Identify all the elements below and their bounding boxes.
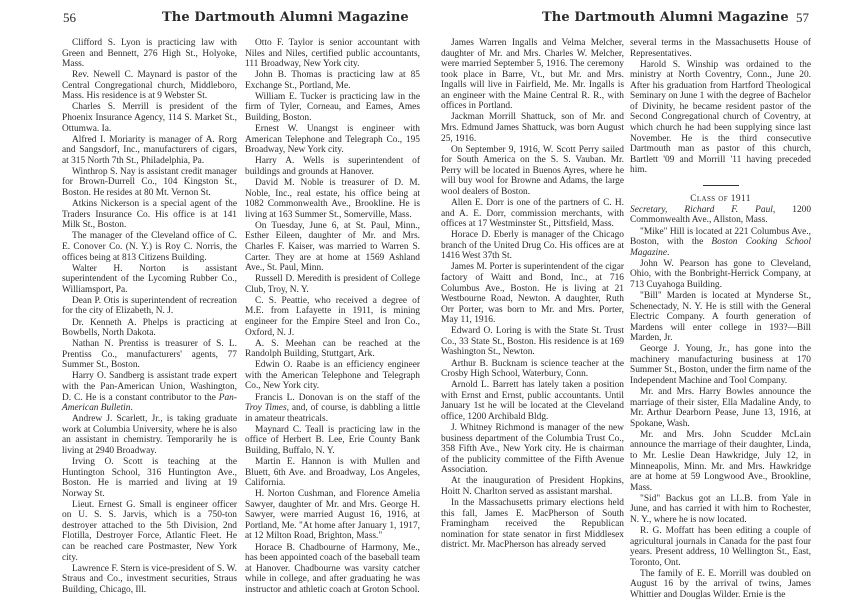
paragraph: On Tuesday, June 6, at St. Paul, Minn., … xyxy=(245,221,420,274)
paragraph: R. G. Moffatt has been editing a couple … xyxy=(630,526,811,568)
page-number: 56 xyxy=(63,10,76,26)
publication-title: Troy Times xyxy=(245,403,287,413)
text: . xyxy=(130,403,132,413)
class-secretary: Secretary, Richard F. Paul, 1200 Commonw… xyxy=(630,205,811,226)
paragraph: Dr. Kenneth A. Phelps is practicing at B… xyxy=(62,318,237,339)
paragraph: H. Norton Cushman, and Florence Amelia S… xyxy=(245,489,420,542)
paragraph: Edwin O. Raabe is an efficiency engineer… xyxy=(245,360,420,392)
paragraph: Winthrop S. Nay is assistant credit mana… xyxy=(62,167,237,199)
paragraph: William E. Tucker is practicing law in t… xyxy=(245,92,420,124)
paragraph: Jackman Morrill Shattuck, son of Mr. and… xyxy=(441,112,624,144)
section-heading: Class of 1911 xyxy=(630,194,811,205)
paragraph: Rev. Newell C. Maynard is pastor of the … xyxy=(62,70,237,102)
paragraph: "Mike" Hill is located at 221 Columbus A… xyxy=(630,227,811,259)
left-column-2: Otto F. Taylor is senior accountant with… xyxy=(245,38,420,596)
secretary-label: Secretary, Richard F. Paul, xyxy=(630,205,775,215)
page-number: 57 xyxy=(796,10,809,26)
paragraph: Arnold L. Barrett has lately taken a pos… xyxy=(441,380,624,422)
right-column-2: several terms in the Massachusetts House… xyxy=(630,38,811,600)
page-57: The Dartmouth Alumni Magazine 57 James W… xyxy=(426,0,852,600)
paragraph: Harold S. Winship was ordained to the mi… xyxy=(630,60,811,176)
paragraph: Mr. and Mrs. Harry Bowles announce the m… xyxy=(630,387,811,429)
paragraph: Alfred I. Moriarity is manager of A. Ror… xyxy=(62,135,237,167)
paragraph: John B. Thomas is practicing law at 85 E… xyxy=(245,70,420,91)
paragraph: James Warren Ingalls and Velma Melcher, … xyxy=(441,38,624,112)
page-56: 56 The Dartmouth Alumni Magazine Cliffor… xyxy=(0,0,426,600)
paragraph: Atkins Nickerson is a special agent of t… xyxy=(62,199,237,231)
paragraph: C. S. Peattie, who received a degree of … xyxy=(245,296,420,338)
paragraph: A. S. Meehan can be reached at the Rando… xyxy=(245,339,420,360)
paragraph: On September 9, 1916, W. Scott Perry sai… xyxy=(441,145,624,198)
section-divider xyxy=(703,185,739,186)
paragraph: Ernest W. Unangst is engineer with Ameri… xyxy=(245,124,420,156)
paragraph: Horace B. Chadbourne of Harmony, Me., ha… xyxy=(245,543,420,596)
paragraph: Dean P. Otis is superintendent of recrea… xyxy=(62,296,237,317)
paragraph: Mr. and Mrs. John Scudder McLain announc… xyxy=(630,430,811,493)
paragraph: Lieut. Ernest G. Small is engineer offic… xyxy=(62,500,237,563)
left-column-1: Clifford S. Lyon is practicing law with … xyxy=(62,38,237,596)
paragraph: The family of E. E. Morrill was doubled … xyxy=(630,569,811,600)
paragraph: several terms in the Massachusetts House… xyxy=(630,38,811,59)
paragraph: Harry O. Sandberg is assistant trade exp… xyxy=(62,371,237,413)
paragraph: Andrew J. Scarlett, Jr., is taking gradu… xyxy=(62,414,237,456)
paragraph: Harry A. Wells is superintendent of buil… xyxy=(245,156,420,177)
paragraph: "Bill" Marden is located at Mynderse St.… xyxy=(630,291,811,344)
paragraph: Lawrence F. Stern is vice-president of S… xyxy=(62,564,237,596)
paragraph: Edward O. Loring is with the State St. T… xyxy=(441,326,624,358)
text: . xyxy=(667,248,669,258)
paragraph: Horace D. Eberly is manager of the Chica… xyxy=(441,230,624,262)
paragraph: Irving O. Scott is teaching at the Hunti… xyxy=(62,457,237,499)
paragraph: David M. Noble is treasurer of D. M. Nob… xyxy=(245,178,420,220)
paragraph: George J. Young, Jr., has gone into the … xyxy=(630,344,811,386)
text: Harry O. Sandberg is assistant trade exp… xyxy=(62,371,237,402)
paragraph: In the Massachusetts primary elections h… xyxy=(441,498,624,551)
paragraph: At the inauguration of President Hopkins… xyxy=(441,476,624,497)
paragraph: Francis L. Donovan is on the staff of th… xyxy=(245,393,420,425)
paragraph: Nathan N. Prentiss is treasurer of S. L.… xyxy=(62,339,237,371)
paragraph: Arthur B. Bucknam is science teacher at … xyxy=(441,359,624,380)
paragraph: Walter H. Norton is assistant superinten… xyxy=(62,264,237,296)
running-title: The Dartmouth Alumni Magazine xyxy=(542,10,789,25)
right-column-1: James Warren Ingalls and Velma Melcher, … xyxy=(441,38,624,551)
paragraph: Russell D. Meredith is president of Coll… xyxy=(245,274,420,295)
paragraph: Charles S. Merrill is president of the P… xyxy=(62,102,237,134)
paragraph: Martin E. Hannon is with Mullen and Blue… xyxy=(245,457,420,489)
paragraph: Otto F. Taylor is senior accountant with… xyxy=(245,38,420,70)
paragraph: "Sid" Backus got an LL.B. from Yale in J… xyxy=(630,494,811,526)
paragraph: James M. Porter is superintendent of the… xyxy=(441,262,624,325)
text: Francis L. Donovan is on the staff of th… xyxy=(255,393,420,403)
paragraph: J. Whitney Richmond is manager of the ne… xyxy=(441,423,624,476)
paragraph: Maynard C. Teall is practicing law in th… xyxy=(245,425,420,457)
paragraph: The manager of the Cleveland office of C… xyxy=(62,231,237,263)
running-title: The Dartmouth Alumni Magazine xyxy=(162,10,409,25)
paragraph: Clifford S. Lyon is practicing law with … xyxy=(62,38,237,70)
paragraph: Allen E. Dorr is one of the partners of … xyxy=(441,198,624,230)
paragraph: John W. Pearson has gone to Cleveland, O… xyxy=(630,259,811,291)
